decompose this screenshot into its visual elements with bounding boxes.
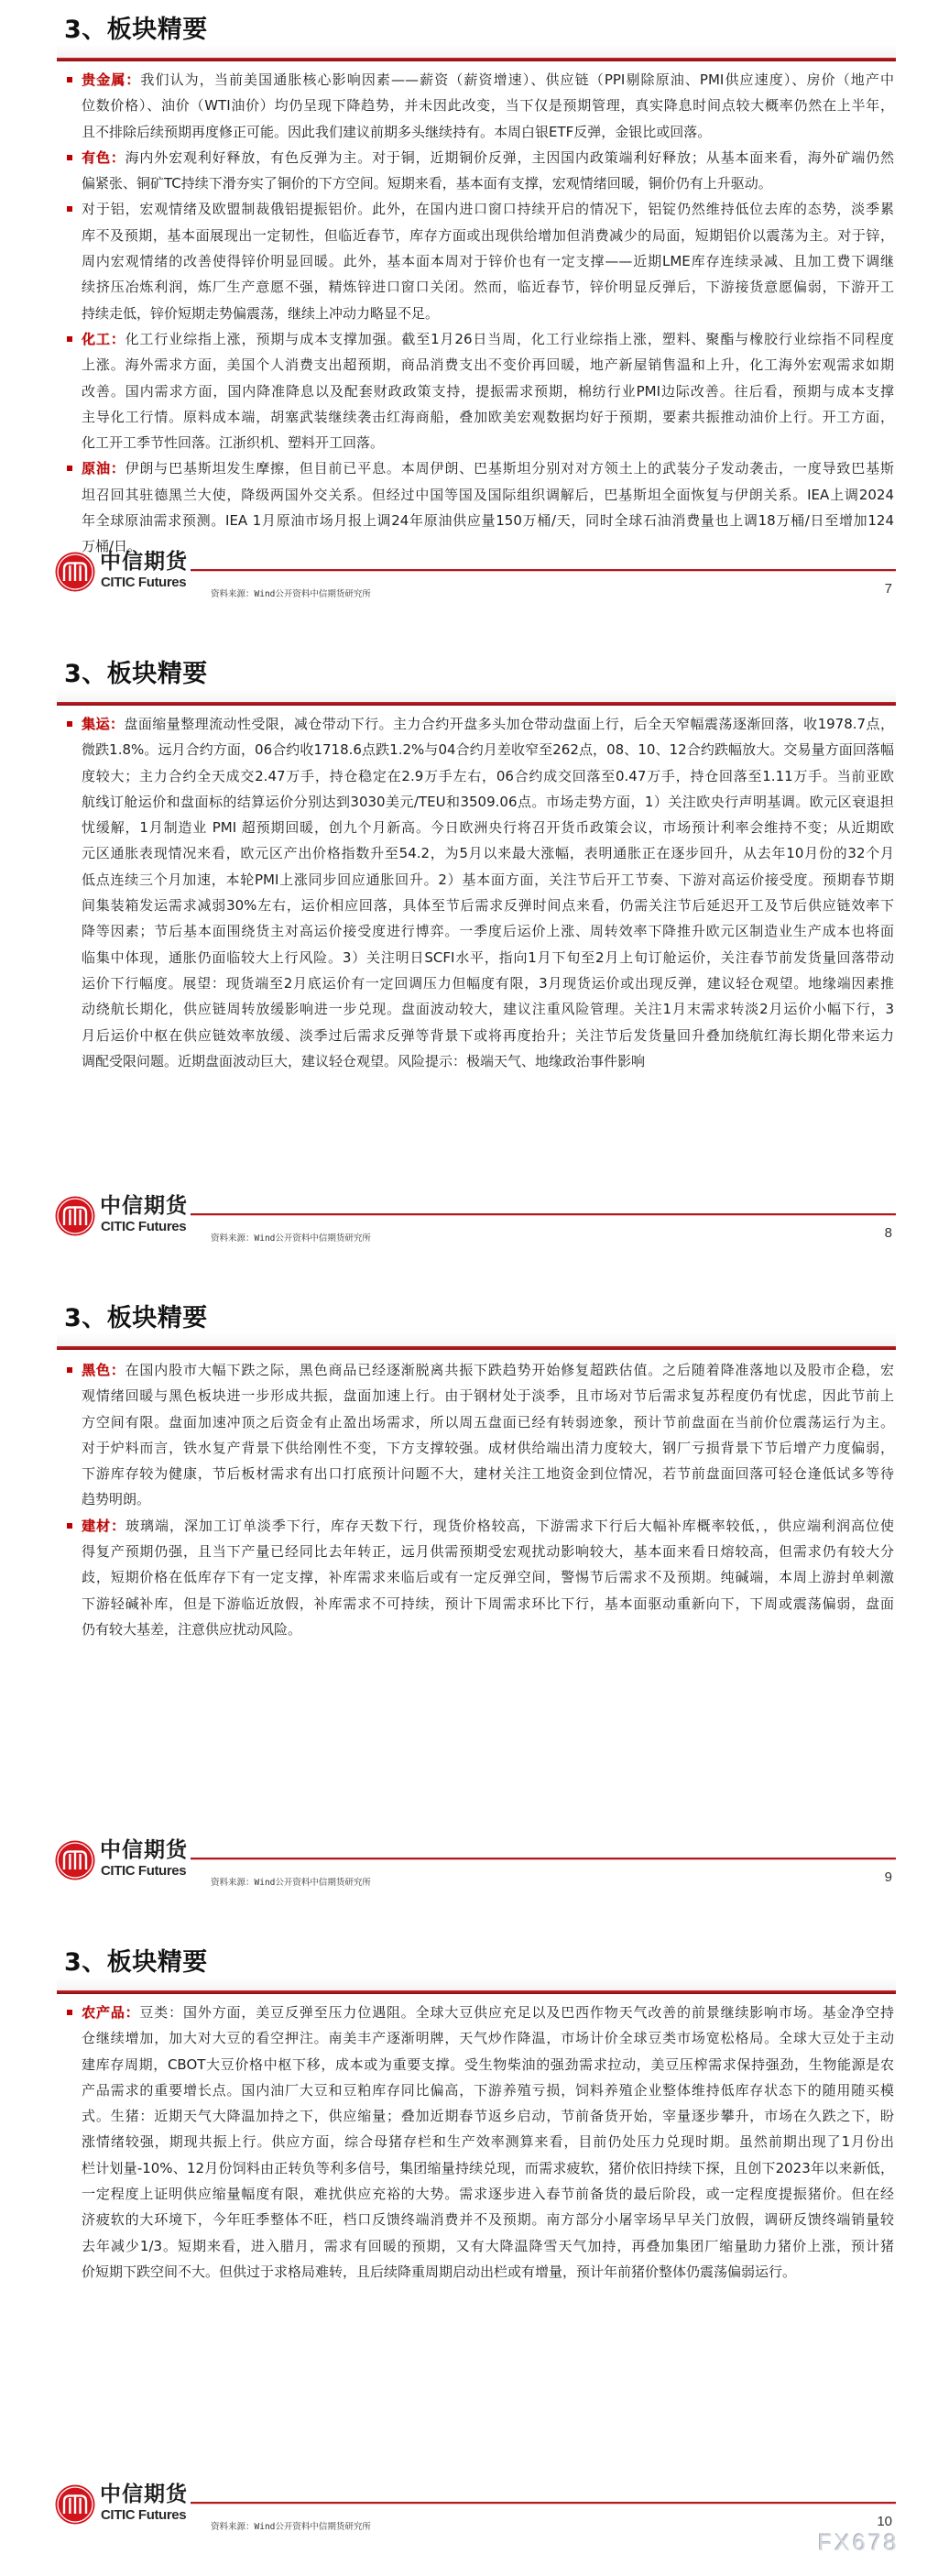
brand-name-en: CITIC Futures [101, 575, 186, 591]
category-label: 集运： [82, 716, 124, 732]
line-text: 下游轻碱补库，但是下游临近放假，补库需求不可持续，预计下周需求环比下行，基本面驱… [82, 1591, 894, 1617]
line-text: 豆类：国外方面，美豆反弹至压力位遇阻。全球大豆供应充足以及巴西作物天气改善的前景… [139, 2004, 894, 2021]
list-item-container-shipping: 集运：盘面缩量整理流动性受限，减仓带动下行。主力合约开盘多头加仓带动盘面上行，后… [82, 711, 894, 737]
line-text: 伊朗与巴基斯坦发生摩擦，但目前已平息。本周伊朗、巴基斯坦分别对对方领土上的武装分… [125, 460, 894, 477]
line-text: 间集装箱发运需求减弱30%左右，运价相应回落，具体至节后需求反弹时间点来看，仍需… [82, 893, 894, 918]
section-title: 3、板块精要 [64, 1947, 208, 1979]
data-source-note: 资料来源：Wind公开资料中信期货研究所 [211, 588, 371, 601]
footer-divider [191, 569, 896, 571]
line-text: 临集中体现，通胀仍面临较大上行风险。3）关注明日SCFI水平，指向1月下旬至2月… [82, 945, 894, 970]
line-text: 对于炉料而言，铁水复产背景下供给刚性不变，下方支撑较强。成材供给端出清力度较大，… [82, 1435, 894, 1461]
list-item-crude-oil: 原油：伊朗与巴基斯坦发生摩擦，但目前已平息。本周伊朗、巴基斯坦分别对对方领土上的… [82, 455, 894, 481]
bullet-square-icon [67, 206, 72, 212]
line-text: 仍有较大基差，注意供应扰动风险。 [82, 1617, 894, 1642]
brand-name-en: CITIC Futures [101, 1219, 186, 1235]
line-text: 且不排除后续预期再度修正可能。因此我们建议前期多头继续持有。本周白银ETF反弹，… [82, 119, 894, 145]
line-text: 化工行业综指上涨，预期与成本支撑加强。截至1月26日当周，化工行业综指上涨，塑料… [125, 331, 894, 347]
page-number: 9 [856, 1869, 892, 1886]
line-text: 化工开工季节性回落。江浙织机、塑料开工回落。 [82, 430, 894, 455]
line-text: 观情绪回暖与黑色板块进一步形成共振，盘面加速上行。由于钢材处于淡季，且市场对节后… [82, 1383, 894, 1409]
line-text: 趋势明朗。 [82, 1486, 894, 1512]
list-item-precious-metals: 贵金属：我们认为，当前美国通胀核心影响因素——薪资（薪资增速）、供应链（PPI剔… [82, 67, 894, 93]
line-text: 价短期下跌空间不大。但供过于求格局难转，且后续降重周期启动出栏或有增量，预计年前… [82, 2259, 894, 2285]
sector-summary-list: 贵金属：我们认为，当前美国通胀核心影响因素——薪资（薪资增速）、供应链（PPI剔… [82, 67, 894, 560]
line-text: 得复产预期仍强，且当下产量已经同比去年转正，远月供需预期受宏观扰动影响较大，基本… [82, 1539, 894, 1564]
line-text: 涨情绪较强，期现共振上行。供应方面，综合母猪存栏和生产效率测算来看，目前仍处压力… [82, 2129, 894, 2154]
line-text: 低点连续三个月加速，本轮PMI上涨同步回应通胀回升。2）基本面方面，关注节后开工… [82, 867, 894, 893]
line-text: 元区通胀表现情况来看，欧元区产出价格指数升至54.2，为5月以来最大涨幅，表明通… [82, 840, 894, 866]
sector-summary-list: 农产品：豆类：国外方面，美豆反弹至压力位遇阻。全球大豆供应充足以及巴西作物天气改… [82, 2000, 894, 2285]
report-page-10: 3、板块精要 农产品：豆类：国外方面，美豆反弹至压力位遇阻。全球大豆供应充足以及… [0, 1933, 938, 2576]
bullet-square-icon [67, 1523, 72, 1529]
section-title: 3、板块精要 [64, 1303, 208, 1334]
data-source-note: 资料来源：Wind公开资料中信期货研究所 [211, 2521, 371, 2534]
data-source-note: 资料来源：Wind公开资料中信期货研究所 [211, 1877, 371, 1890]
category-label: 贵金属： [82, 71, 140, 88]
brand-name-cn: 中信期货 [100, 1837, 188, 1863]
section-title: 3、板块精要 [64, 659, 208, 690]
line-text: 度较大；主力合约全天成交2.47万手，持仓稳定在2.9万手左右，06合约成交回落… [82, 763, 894, 789]
brand-name-cn: 中信期货 [100, 2482, 188, 2507]
header-divider [57, 58, 896, 61]
header-shadow [57, 1977, 896, 1990]
line-text: 仓继续增加，加大对大豆的看空押注。南美丰产逐渐明牌，天气炒作降温，市场计价全球豆… [82, 2025, 894, 2051]
header-divider [57, 702, 896, 706]
line-text: 降等因素；节后基本面围绕货主对高运价接受度进行博弈。一季度后运价上涨、周转效率下… [82, 918, 894, 944]
bullet-square-icon [67, 721, 72, 727]
citic-logo-icon [55, 1840, 95, 1880]
brand-name-en: CITIC Futures [101, 1863, 186, 1880]
header-shadow [57, 688, 896, 702]
footer-divider [191, 2502, 896, 2504]
category-label: 建材： [82, 1518, 125, 1534]
line-text: 盘面缩量整理流动性受限，减仓带动下行。主力合约开盘多头加仓带动盘面上行，后全天窄… [124, 716, 894, 732]
line-text: 玻璃端，深加工订单淡季下行，库存天数下行，现货价格较高，下游需求下行后大幅补库概… [125, 1518, 894, 1534]
sector-summary-list: 黑色：在国内股市大幅下跌之际，黑色商品已经逐渐脱离共振下跌趋势开始修复超跌估值。… [82, 1357, 894, 1642]
line-text: 偏紧张、铜矿TC持续下滑夯实了铜价的下方空间。短期来看，基本面有支撑，宏观情绪回… [82, 170, 894, 196]
line-text: 动绕航长期化，供应链周转放缓影响进一步兑现。盘面波动较大，建议注重风险管理。关注… [82, 996, 894, 1022]
header-divider [57, 1990, 896, 1994]
list-item-chemicals: 化工：化工行业综指上涨，预期与成本支撑加强。截至1月26日当周，化工行业综指上涨… [82, 326, 894, 352]
bullet-square-icon [67, 77, 72, 82]
line-text: 调配受限问题。近期盘面波动巨大，建议轻仓观望。风险提示：极端天气、地缘政治事件影… [82, 1048, 894, 1074]
line-text: 济疲软的大环境下，今年旺季整体不旺，档口反馈终端消费并不及预期。南方部分小屠宰场… [82, 2207, 894, 2232]
line-text: 年全球原油需求预测。IEA 1月原油市场月报上调24年原油供应量150万桶/天，… [82, 508, 894, 533]
page-number: 7 [856, 581, 892, 597]
list-item-agriculture: 农产品：豆类：国外方面，美豆反弹至压力位遇阻。全球大豆供应充足以及巴西作物天气改… [82, 2000, 894, 2025]
line-text: 航线订舱运价和盘面标的结算运价分别达到3030美元/TEU和3509.06点。市… [82, 789, 894, 815]
bullet-square-icon [67, 155, 72, 160]
line-text: 运价下行幅度。展望：现货端至2月底运价有一定回调压力但幅度有限，3月现货运价或出… [82, 970, 894, 996]
brand-name-en: CITIC Futures [101, 2507, 186, 2524]
bullet-square-icon [67, 1367, 72, 1373]
page-number: 8 [856, 1225, 892, 1242]
line-text: 周内宏观情绪的改善使得锌价明显回暖。此外，基本面本周对于锌价也有一定支撑——近期… [82, 248, 894, 274]
line-text: 主导化工行情。原料成本端，胡塞武装继续袭击红海商船，叠加欧美宏观数据均好于预期，… [82, 404, 894, 430]
bullet-square-icon [67, 2010, 72, 2015]
line-text: 产品需求的重要增长点。国内油厂大豆和豆粕库存同比偏高，下游养殖亏损，饲料养殖企业… [82, 2077, 894, 2103]
line-text: 方空间有限。盘面加速冲顶之后资金有止盈出场需求，所以周五盘面已经有转弱迹象，预计… [82, 1409, 894, 1435]
line-text: 坦召回其驻德黑兰大使，降级两国外交关系。但经过中国等国及国际组织调解后，巴基斯坦… [82, 482, 894, 508]
line-text: 在国内股市大幅下跌之际，黑色商品已经逐渐脱离共振下跌趋势开始修复超跌估值。之后随… [125, 1362, 894, 1378]
line-text: 建库存周期，CBOT大豆价格中枢下移，成本或为重要支撑。受生物柴油的强劲需求拉动… [82, 2052, 894, 2077]
footer-divider [191, 1213, 896, 1215]
line-text: 改善。国内需求方面，国内降准降息以及配套财政政策支持，提振需求预期，棉纺行业PM… [82, 378, 894, 404]
section-title: 3、板块精要 [64, 15, 208, 46]
header-shadow [57, 44, 896, 58]
line-text: 上涨。海外需求方面，美国个人消费支出超预期，商品消费支出不变价再回暖，地产新屋销… [82, 352, 894, 378]
list-item-ferrous: 黑色：在国内股市大幅下跌之际，黑色商品已经逐渐脱离共振下跌趋势开始修复超跌估值。… [82, 1357, 894, 1383]
line-text: 持续走低，锌价短期走势偏震荡，继续上冲动力略显不足。 [82, 301, 894, 326]
footer-divider [191, 1858, 896, 1859]
brand-name-cn: 中信期货 [100, 549, 188, 575]
line-text: 我们认为，当前美国通胀核心影响因素——薪资（薪资增速）、供应链（PPI剔除原油、… [140, 71, 894, 88]
report-page-9: 3、板块精要 黑色：在国内股市大幅下跌之际，黑色商品已经逐渐脱离共振下跌趋势开始… [0, 1288, 938, 1933]
report-page-7: 3、板块精要 贵金属：我们认为，当前美国通胀核心影响因素——薪资（薪资增速）、供… [0, 0, 938, 644]
line-text: 库不及预期，基本面展现出一定韧性，但临近春节，库存方面或出现供给增加但消费减少的… [82, 223, 894, 248]
line-text: 微跌1.8%。远月合约方面，06合约收1718.6点跌1.2%与04合约月差收窄… [82, 737, 894, 762]
page-number: 10 [856, 2514, 892, 2530]
line-text: 忧缓解，1月制造业 PMI 超预期回暖，创九个月新高。今日欧洲央行将召开货币政策… [82, 815, 894, 840]
line-text: 对于铝，宏观情绪及欧盟制裁俄铝提振铝价。此外，在国内进口窗口持续开启的情况下，铝… [82, 201, 894, 217]
citic-logo-icon [55, 552, 95, 592]
site-watermark: FX678 [818, 2529, 900, 2557]
line-text: 位数价格）、油价（WTI油价）均仍呈现下降趋势，并未因此改变，当下仅是预期管理，… [82, 93, 894, 118]
category-label: 原油： [82, 460, 125, 477]
header-divider [57, 1346, 896, 1350]
category-label: 黑色： [82, 1362, 125, 1378]
brand-name-cn: 中信期货 [100, 1193, 188, 1219]
category-label: 化工： [82, 331, 125, 347]
line-text: 一定程度上证明供应缩量幅度有限，难扰供应充裕的大势。需求逐步进入春节前备货的最后… [82, 2181, 894, 2207]
line-text: 去年减少1/3。短期来看，进入腊月，需求有回暖的预期，又有大降温降雪天气加持，再… [82, 2233, 894, 2259]
list-item-nonferrous: 有色：海内外宏观利好释放，有色反弹为主。对于铜，近期铜价反弹，主因国内政策端利好… [82, 145, 894, 170]
line-text: 万桶/日。 [82, 533, 894, 559]
category-label: 农产品： [82, 2004, 139, 2021]
line-text: 栏计划量-10%、12月份饲料由正转负等利多信号，集团缩量持续兑现，而需求疲软，… [82, 2155, 894, 2181]
list-item-building-materials: 建材：玻璃端，深加工订单淡季下行，库存天数下行，现货价格较高，下游需求下行后大幅… [82, 1513, 894, 1539]
line-text: 续挤压冶炼利润，炼厂生产意愿不强，精炼锌进口窗口关闭。然而，临近春节，锌价明显反… [82, 274, 894, 300]
line-text: 海内外宏观利好释放，有色反弹为主。对于铜，近期铜价反弹，主因国内政策端利好释放；… [125, 149, 894, 166]
report-page-8: 3、板块精要 集运：盘面缩量整理流动性受限，减仓带动下行。主力合约开盘多头加仓带… [0, 644, 938, 1288]
data-source-note: 资料来源：Wind公开资料中信期货研究所 [211, 1233, 371, 1245]
line-text: 歧，短期价格在低库存下有一定支撑，补库需求来临后或有一定反弹空间，警惕节后需求不… [82, 1564, 894, 1590]
citic-logo-icon [55, 1196, 95, 1236]
line-text: 式。生猪：近期天气大降温加持之下，供应缩量；叠加近期春节返乡启动，节前备货开始，… [82, 2103, 894, 2129]
bullet-square-icon [67, 336, 72, 342]
list-item-aluminum-zinc: 对于铝，宏观情绪及欧盟制裁俄铝提振铝价。此外，在国内进口窗口持续开启的情况下，铝… [82, 196, 894, 222]
line-text: 月后运价中枢在供应链效率放缓、淡季过后需求反弹等背景下或将再度抬升；关注节后发货… [82, 1023, 894, 1048]
header-shadow [57, 1332, 896, 1346]
line-text: 下游库存较为健康，节后板材需求有出口打底预计问题不大，建材关注工地资金到位情况，… [82, 1461, 894, 1486]
bullet-square-icon [67, 466, 72, 471]
citic-logo-icon [55, 2484, 95, 2525]
category-label: 有色： [82, 149, 125, 166]
sector-summary-list: 集运：盘面缩量整理流动性受限，减仓带动下行。主力合约开盘多头加仓带动盘面上行，后… [82, 711, 894, 1074]
